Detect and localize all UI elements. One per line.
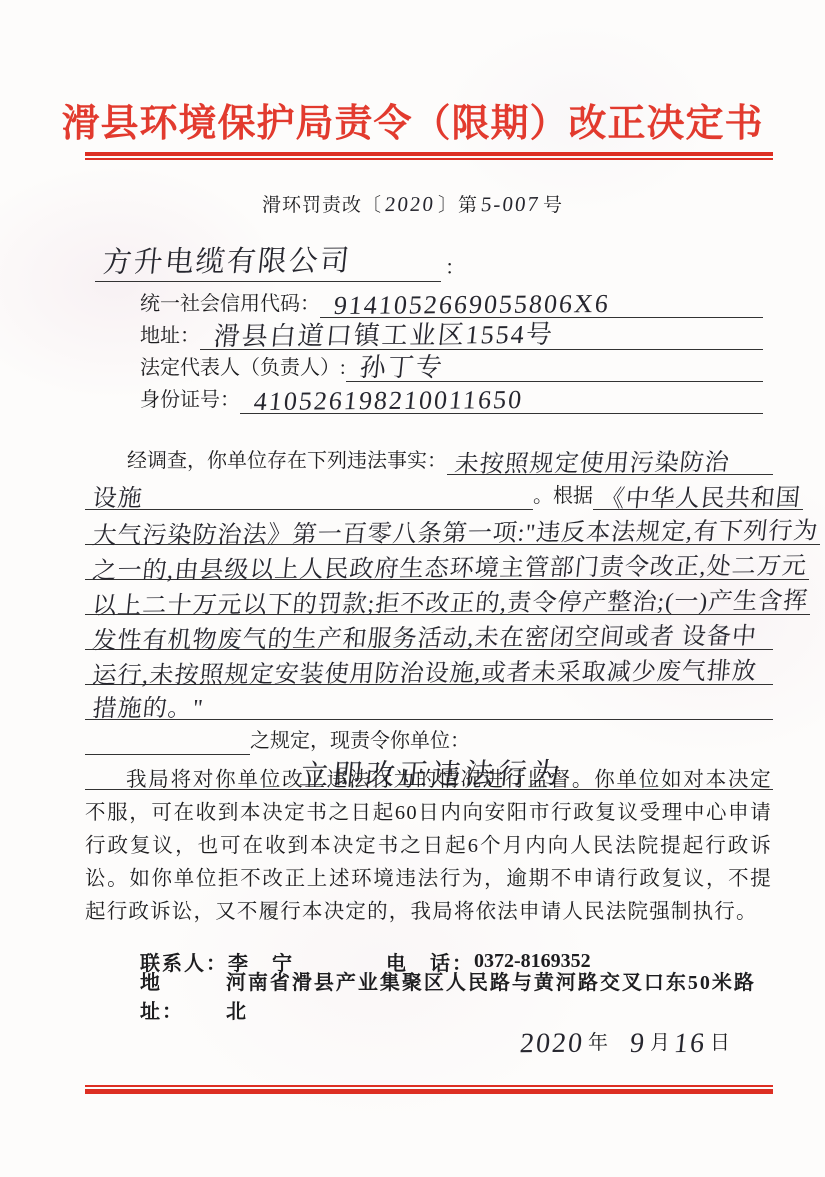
legal-basis-line-3: 以上二十万元以下的罚款;拒不改正的,责令停产整治;(一)产生含挥 — [85, 580, 773, 615]
legal-basis-underline-3: 以上二十万元以下的罚款;拒不改正的,责令停产整治;(一)产生含挥 — [85, 583, 810, 615]
legal-basis-line-6: 措施的。" — [85, 685, 773, 720]
scanned-document-page: 滑县环境保护局责令（限期）改正决定书 滑环罚责改〔2020〕第5-007号 方升… — [0, 0, 825, 1177]
footer-rule-thin-line — [85, 1085, 773, 1087]
issue-date: 2020 年 9 月 16 日 — [516, 1026, 730, 1057]
footer-rule-thick-line — [85, 1089, 773, 1094]
legal-basis-underline-4: 发性有机物废气的生产和服务活动,未在密闭空间或者 设备中 — [85, 618, 773, 650]
issue-date-month-handwritten: 9 — [628, 1028, 647, 1060]
id-number-value-handwritten: 410526198210011650 — [252, 385, 524, 417]
facts-value-handwritten-2: 设施 — [91, 478, 144, 513]
legal-basis-underline-2: 之一的,由县级以上人民政府生态环境主管部门责令改正,处二万元 — [85, 548, 809, 580]
field-row-id-number: 身份证号： 410526198210011650 — [140, 382, 763, 414]
issue-date-year-handwritten: 2020 — [518, 1028, 585, 1060]
legal-basis-handwritten-2: 之一的,由县级以上人民政府生态环境主管部门责令改正,处二万元 — [91, 546, 809, 586]
legal-basis-underline-5: 运行,未按照规定安装使用防治设施,或者未采取减少废气排放 — [85, 653, 773, 685]
footer-red-rule — [85, 1085, 773, 1094]
contact-address-label: 地 址： — [140, 966, 226, 1024]
header-red-rule — [85, 152, 773, 160]
legal-representative-underline: 孙丁专 — [346, 347, 763, 382]
contact-address-line: 地 址： 河南省滑县产业集聚区人民路与黄河路交叉口东50米路北 — [140, 978, 765, 1012]
legal-basis-line-4: 发性有机物废气的生产和服务活动,未在密闭空间或者 设备中 — [85, 615, 773, 650]
violation-facts-section: 经调查，你单位存在下列违法事实： 未按照规定使用污染防治 设施 。根据 《中华人… — [85, 440, 773, 790]
issue-date-day-unit: 日 — [710, 1026, 730, 1057]
facts-genju-text: 。根据 — [533, 479, 593, 510]
facts-value-handwritten-1: 未按照规定使用污染防治 — [453, 442, 732, 479]
recipient-info-fields: 统一社会信用代码： 9141052669055806X6 地址： 滑县白道口镇工… — [140, 286, 763, 414]
recipient-line: 方升电缆有限公司 ： — [95, 246, 765, 282]
order-lead-line: 之规定，现责令你单位： — [85, 720, 773, 755]
legal-basis-handwritten-3: 以上二十万元以下的罚款;拒不改正的,责令停产整治;(一)产生含挥 — [91, 581, 810, 621]
field-row-address: 地址： 滑县白道口镇工业区1554号 — [140, 318, 763, 350]
legal-basis-handwritten-intro: 《中华人民共和国 — [599, 477, 803, 513]
document-number-line: 滑环罚责改〔2020〕第5-007号 — [0, 190, 825, 217]
id-number-underline: 410526198210011650 — [240, 386, 763, 414]
issue-date-year-unit: 年 — [588, 1026, 608, 1057]
field-row-legal-representative: 法定代表人（负责人）: 孙丁专 — [140, 350, 763, 382]
facts-value-underline-2: 设施 — [85, 478, 533, 510]
header-rule-thin-line — [85, 158, 773, 160]
legal-basis-underline-intro: 《中华人民共和国 — [593, 478, 803, 510]
order-lead-text: 之规定，现责令你单位： — [250, 724, 470, 755]
legal-basis-line-2: 之一的,由县级以上人民政府生态环境主管部门责令改正,处二万元 — [85, 545, 773, 580]
docnum-middle: 〕第 — [438, 195, 478, 216]
recipient-colon: ： — [441, 251, 465, 282]
facts-value-underline-1: 未按照规定使用污染防治 — [447, 443, 773, 475]
facts-lead-line: 经调查，你单位存在下列违法事实： 未按照规定使用污染防治 — [85, 440, 773, 475]
header-rule-thick-line — [85, 152, 773, 156]
supervision-paragraph: 我局将对你单位改正违法行为的情况进行监督。你单位如对本决定不服，可在收到本决定书… — [85, 764, 772, 929]
issue-date-month-unit: 月 — [650, 1026, 670, 1057]
facts-lead-text: 经调查，你单位存在下列违法事实： — [127, 444, 447, 475]
legal-basis-handwritten-4: 发性有机物废气的生产和服务活动,未在密闭空间或者 设备中 — [91, 616, 759, 656]
recipient-company-name-handwritten: 方升电缆有限公司 — [101, 238, 353, 281]
legal-basis-line-1: 大气污染防治法》第一百零八条第一项:"违反本法规定,有下列行为 — [85, 510, 773, 545]
issue-date-day-handwritten: 16 — [672, 1028, 707, 1060]
contact-block: 联系人： 李 宁 电 话： 0372-8169352 地 址： 河南省滑县产业集… — [140, 944, 765, 1012]
address-label: 地址： — [140, 319, 200, 350]
recipient-name-underline: 方升电缆有限公司 — [95, 239, 441, 282]
credit-code-label: 统一社会信用代码： — [140, 287, 320, 318]
legal-representative-value-handwritten: 孙丁专 — [358, 347, 446, 385]
field-row-credit-code: 统一社会信用代码： 9141052669055806X6 — [140, 286, 763, 318]
legal-basis-handwritten-5: 运行,未按照规定安装使用防治设施,或者未采取减少废气排放 — [91, 651, 759, 691]
docnum-year-handwritten: 2020 — [384, 192, 436, 217]
id-number-label: 身份证号： — [140, 383, 240, 414]
docnum-serial-handwritten: 5-007 — [480, 192, 541, 217]
docnum-prefix: 滑环罚责改〔 — [262, 195, 382, 216]
contact-address-value: 河南省滑县产业集聚区人民路与黄河路交叉口东50米路北 — [226, 966, 765, 1024]
docnum-suffix: 号 — [543, 195, 563, 216]
address-underline: 滑县白道口镇工业区1554号 — [200, 315, 763, 350]
legal-basis-line-5: 运行,未按照规定安装使用防治设施,或者未采取减少废气排放 — [85, 650, 773, 685]
legal-basis-underline-1: 大气污染防治法》第一百零八条第一项:"违反本法规定,有下列行为 — [85, 513, 820, 545]
legal-basis-underline-6: 措施的。" — [85, 688, 773, 720]
legal-basis-handwritten-1: 大气污染防治法》第一百零八条第一项:"违反本法规定,有下列行为 — [91, 510, 820, 550]
document-title: 滑县环境保护局责令（限期）改正决定书 — [0, 92, 825, 147]
legal-representative-label: 法定代表人（负责人）: — [140, 351, 346, 382]
legal-basis-handwritten-6: 措施的。" — [91, 688, 205, 724]
facts-continuation-line: 设施 。根据 《中华人民共和国 — [85, 475, 773, 510]
